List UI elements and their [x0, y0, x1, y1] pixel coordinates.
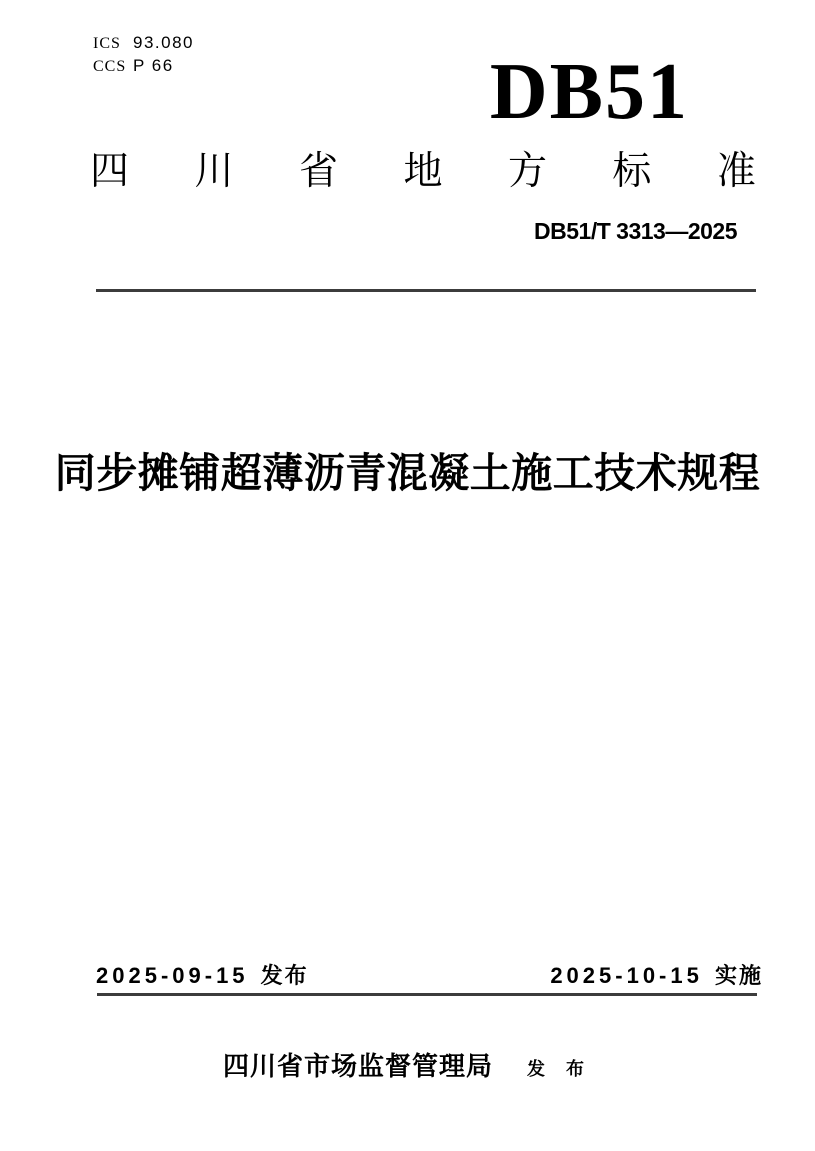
publisher-name: 四川省市场监督管理局 — [223, 1046, 493, 1083]
ics-label: ICS — [93, 35, 133, 53]
issue-date: 2025-09-15 — [96, 963, 249, 988]
standard-name-char: 地 — [403, 151, 442, 194]
issue-label: 发布 — [261, 963, 309, 988]
ics-code-row: ICS 93.080 — [93, 33, 194, 56]
db51-logo: DB51 — [490, 52, 689, 132]
ics-value: 93.080 — [133, 33, 194, 53]
publish-label: 发 布 — [527, 1055, 592, 1081]
classification-codes: ICS 93.080 CCS P 66 — [93, 33, 194, 79]
implement-date: 2025-10-15 — [550, 963, 703, 988]
standard-name-char: 标 — [612, 151, 651, 194]
ccs-code-row: CCS P 66 — [93, 56, 194, 79]
ccs-value: P 66 — [133, 56, 174, 76]
standard-name-char: 川 — [194, 151, 233, 194]
issue-date-cell: 2025-09-15 发布 — [96, 962, 309, 991]
implement-label: 实施 — [715, 963, 763, 988]
dates-row: 2025-09-15 发布 2025-10-15 实施 — [96, 962, 763, 991]
top-rule — [96, 289, 756, 292]
standard-name-char: 准 — [717, 151, 756, 194]
publisher-row: 四川省市场监督管理局 发 布 — [0, 1046, 815, 1083]
standard-name-justified: 四川省地方标准 — [90, 151, 756, 194]
ccs-label: CCS — [93, 58, 133, 76]
standard-number: DB51/T 3313—2025 — [534, 218, 737, 245]
standard-cover-page: ICS 93.080 CCS P 66 DB51 四川省地方标准 DB51/T … — [0, 0, 815, 1151]
implement-date-cell: 2025-10-15 实施 — [550, 962, 763, 991]
bottom-rule — [97, 993, 757, 996]
standard-name-char: 四 — [90, 151, 129, 194]
document-title: 同步摊铺超薄沥青混凝土施工技术规程 — [0, 440, 815, 499]
standard-name-char: 方 — [508, 151, 547, 194]
standard-name-char: 省 — [299, 151, 338, 194]
